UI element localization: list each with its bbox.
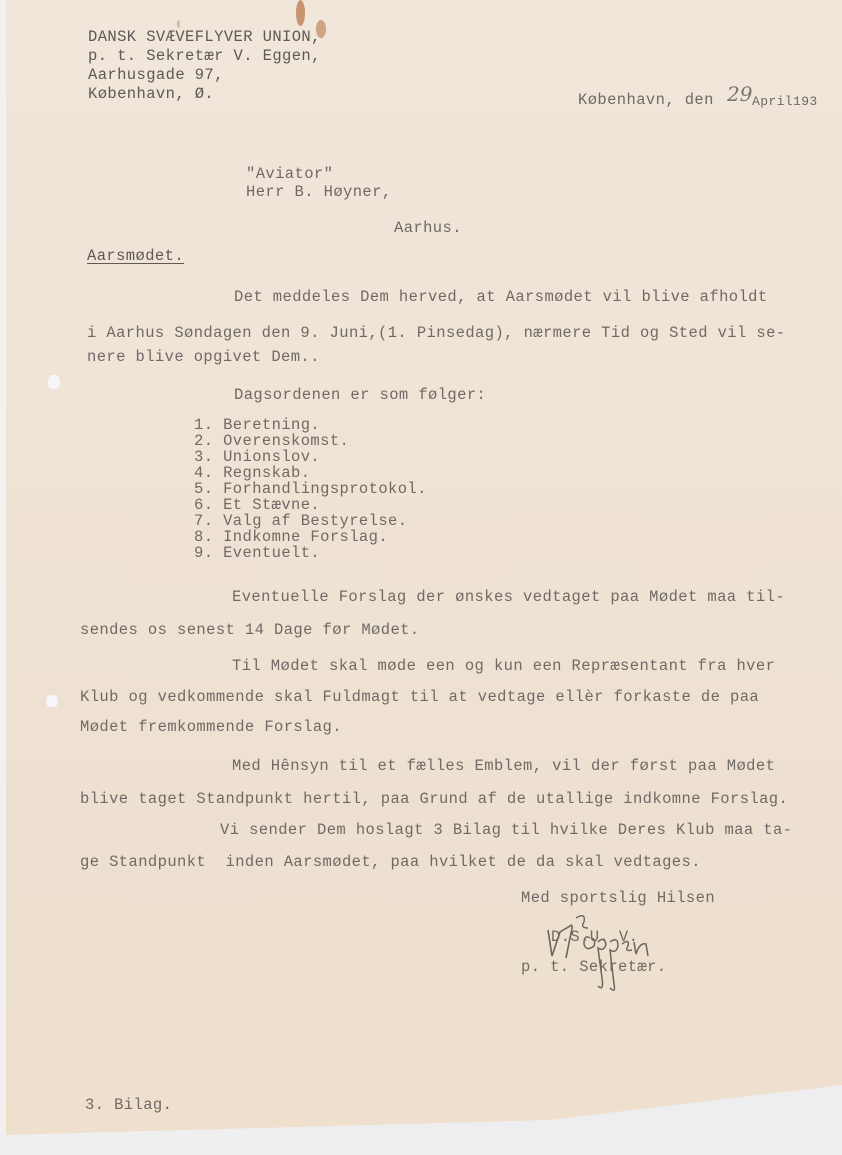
body-p5-line2: ge Standpunkt inden Aarsmødet, paa hvilk…	[80, 855, 701, 871]
body-p5-line1: Vi sender Dem hoslagt 3 Bilag til hvilke…	[220, 823, 792, 839]
letterhead-attn: p. t. Sekretær V. Eggen,	[88, 49, 321, 65]
body-p2-line2: sendes os senest 14 Dage før Mødet.	[80, 623, 420, 639]
dateline-day: 29	[727, 82, 752, 106]
letterhead-org: DANSK SVÆVEFLYVER UNION,	[88, 30, 321, 46]
recipient-city: Aarhus.	[394, 221, 462, 237]
body-p4-line2: blive taget Standpunkt hertil, paa Grund…	[80, 792, 788, 808]
dateline-prefix: København, den	[578, 93, 714, 109]
letter-page	[6, 0, 842, 1135]
rust-stain	[177, 20, 180, 28]
body-p3-line1: Til Mødet skal møde een og kun een Repræ…	[232, 659, 775, 675]
body-p4-line1: Med Hênsyn til et fælles Emblem, vil der…	[232, 759, 775, 775]
letterhead-city: København, Ø.	[88, 87, 214, 103]
body-p1-line1: Det meddeles Dem herved, at Aarsmødet vi…	[234, 290, 768, 306]
body-p3-line2: Klub og vedkommende skal Fuldmagt til at…	[80, 690, 759, 706]
rust-stain	[296, 0, 305, 26]
body-p1-line3: nere blive opgivet Dem..	[87, 350, 320, 366]
agenda-intro: Dagsordenen er som følger:	[234, 388, 486, 404]
letterhead-street: Aarhusgade 97,	[88, 68, 224, 84]
recipient-line2: Herr B. Høyner,	[246, 185, 392, 201]
paper-hole	[46, 695, 58, 707]
subject-heading: Aarsmødet.	[87, 249, 184, 265]
paper-hole	[48, 375, 60, 389]
body-p3-line3: Mødet fremkommende Forslag.	[80, 720, 342, 736]
dateline-month-year: April193	[752, 95, 818, 108]
body-p2-line1: Eventuelle Forslag der ønskes vedtaget p…	[232, 590, 785, 606]
closing-salutation: Med sportslig Hilsen	[521, 891, 715, 907]
signature-scrawl-icon	[540, 908, 660, 998]
body-p1-line2: i Aarhus Søndagen den 9. Juni,(1. Pinsed…	[87, 326, 786, 342]
recipient-line1: "Aviator"	[246, 167, 333, 183]
agenda-item: 9. Eventuelt.	[194, 546, 320, 562]
scan-edge	[0, 0, 6, 1155]
enclosure-note: 3. Bilag.	[85, 1098, 172, 1114]
scan-background	[0, 1130, 842, 1155]
